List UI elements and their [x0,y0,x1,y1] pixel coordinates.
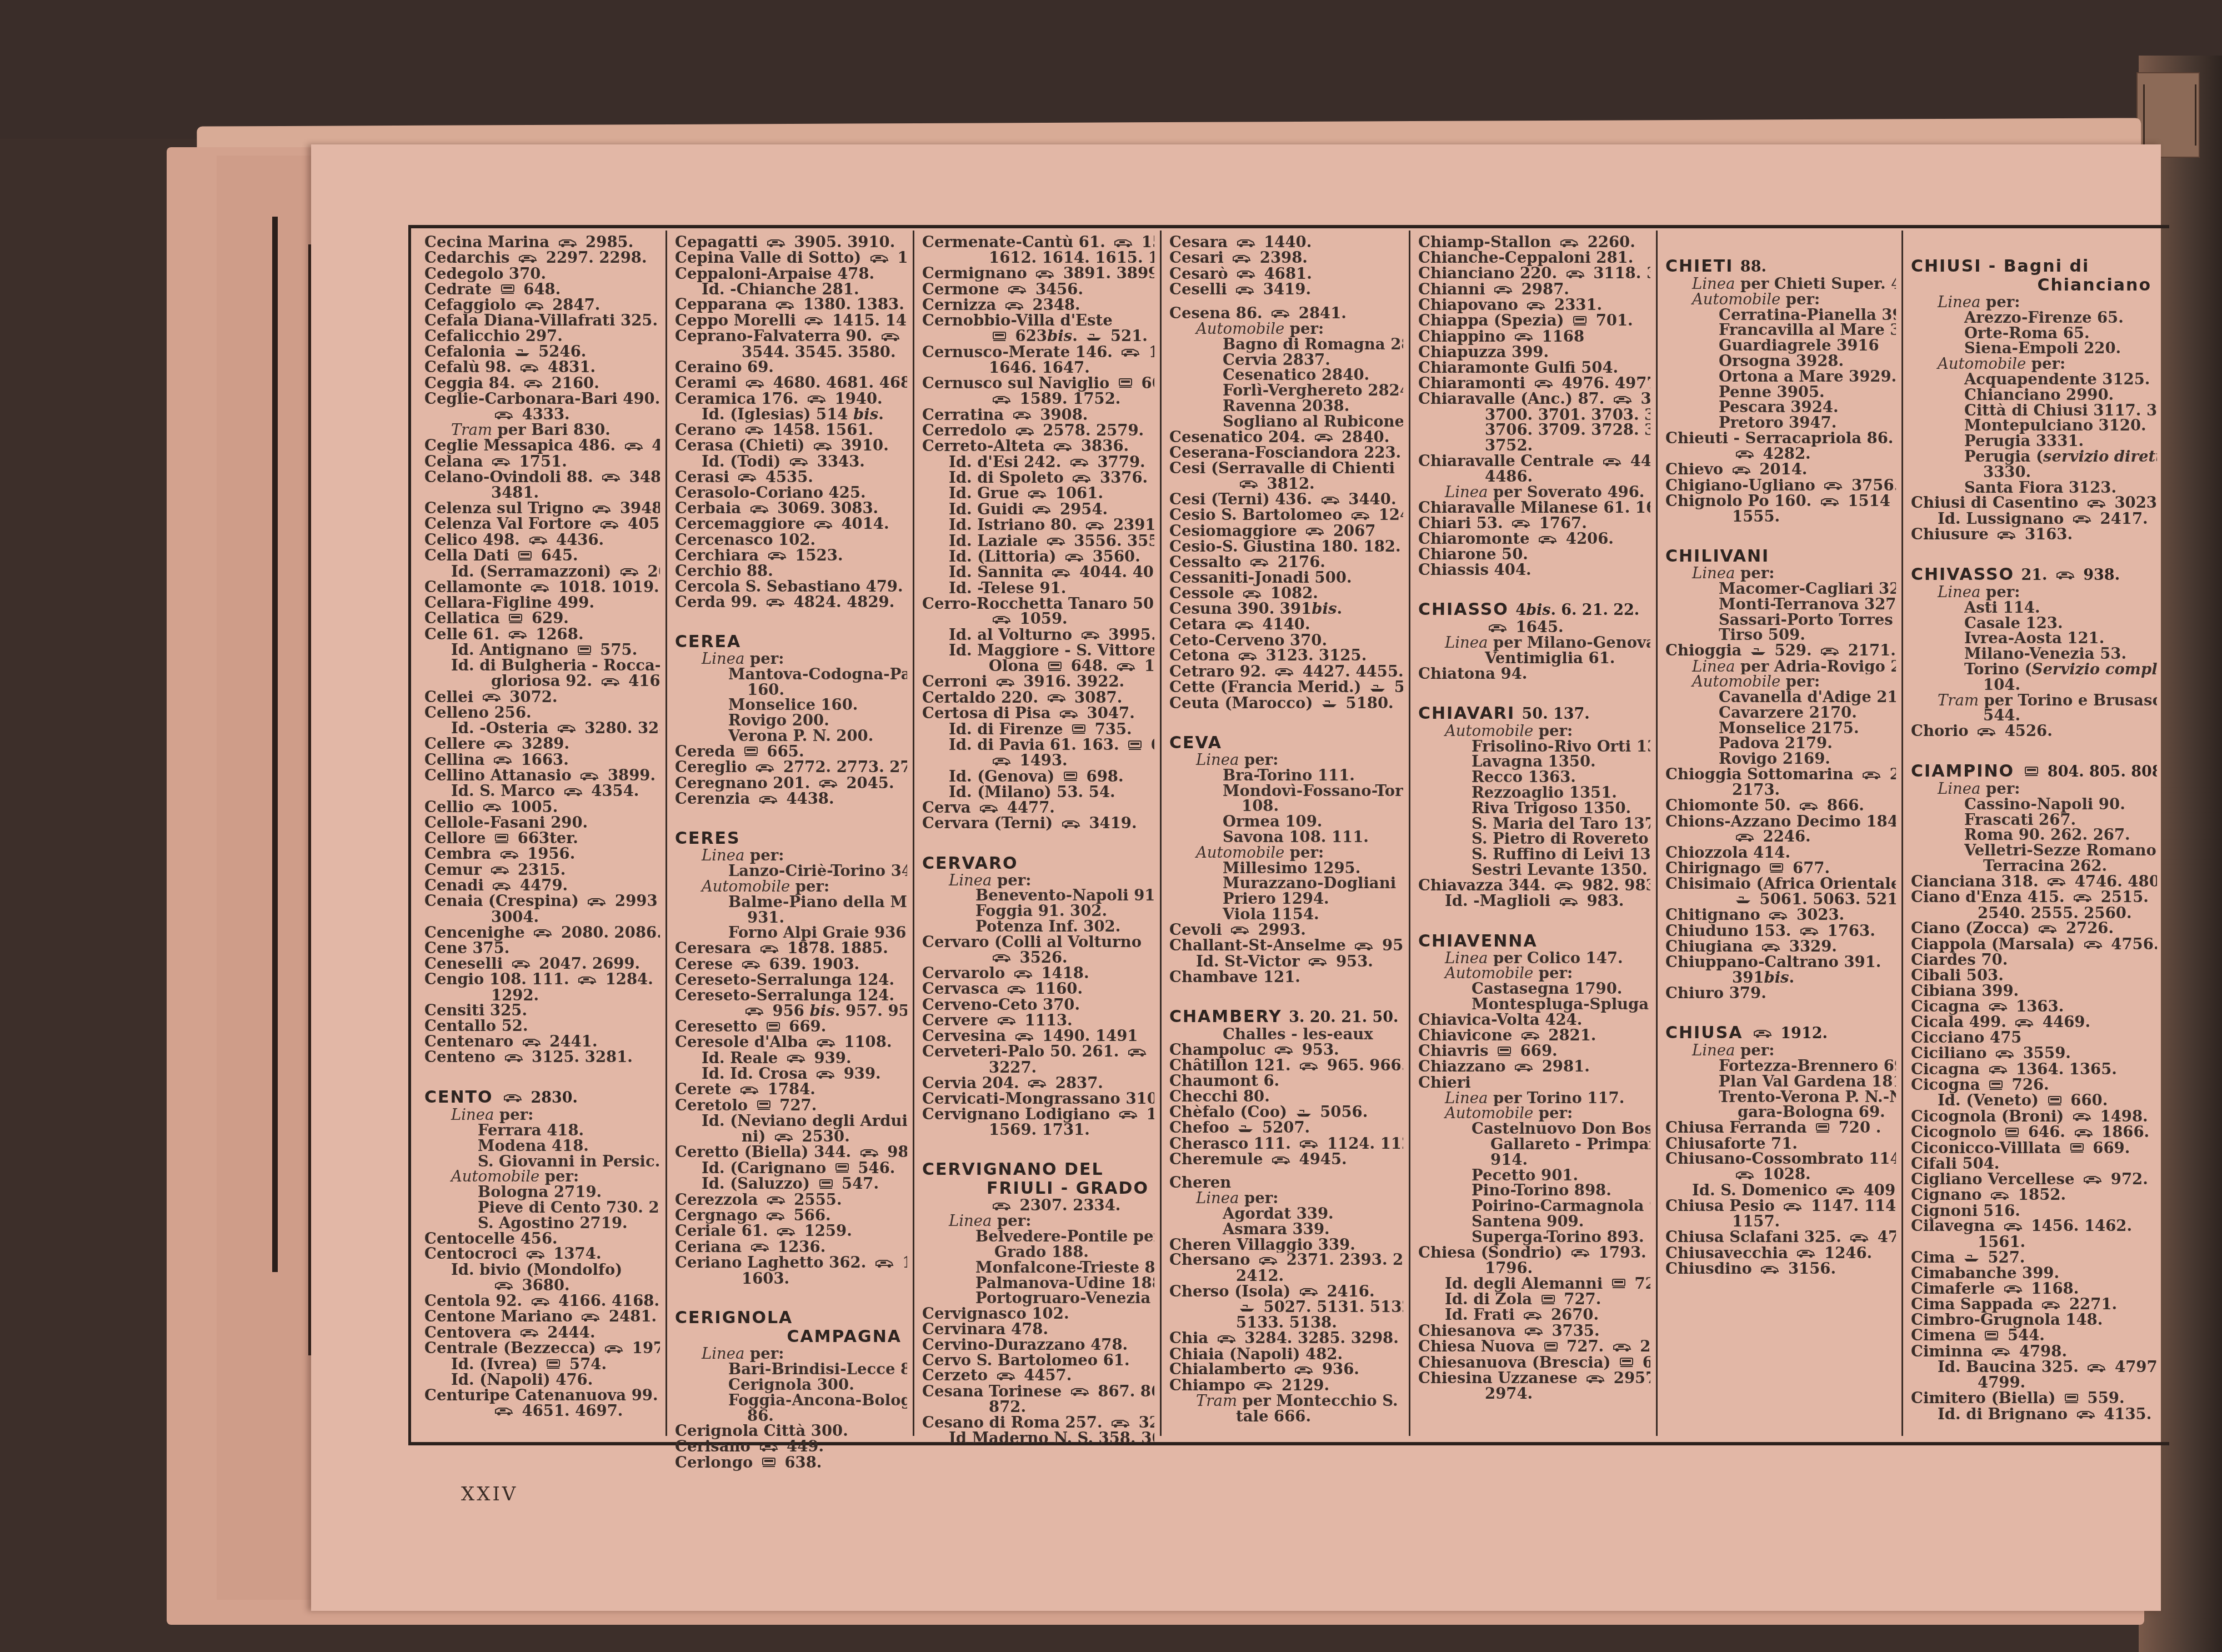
bus-icon [2073,512,2091,527]
index-entry: Chèfalo (Coo) 5056. [1169,1105,1403,1120]
index-entry: Cerro-Rocchetta Tanaro 50. [922,597,1154,612]
sub-entry: Id. St-Victor 953. [1169,954,1403,970]
tram-icon [1612,1276,1626,1292]
index-entry: Cergnago 566. [675,1208,907,1224]
index-entry: Cimitero (Biella) 559. [1911,1391,2157,1406]
route-destination: S. Pietro di Rovereto 1361. [1418,832,1650,847]
index-entry: Cetraro 92. 4427. 4455. 4459 [1169,664,1403,680]
index-entry: Ceresetto 669. [675,1019,907,1035]
index-entry: Chiesa Nuova 727. 2974. [1418,1339,1650,1355]
route-destination: Palmanova-Udine 188. [922,1276,1154,1291]
route-label: Linea per: [1911,782,2157,797]
bus-icon [1990,1188,2009,1204]
route-label: Linea per: [675,652,907,667]
section-heading: CERES [675,829,907,848]
entry-continuation: 3700. 3701. 3703. 3705. [1418,408,1650,423]
route-label: Linea per: [1665,566,1896,582]
index-entry: Cervara (Terni) 3419. [922,816,1154,832]
route-destination: Fortezza-Brennero 69. [1665,1059,1896,1074]
bus-icon [997,1369,1015,1384]
sub-entry: Id. (Serramazzoni) 2671. [424,564,660,580]
bus-icon [1007,982,1026,998]
route-label: Automobile per: [1418,724,1650,739]
index-entry: Ceserana-Fosciandora 223. [1169,445,1403,461]
index-entry: Chiatona 94. [1418,667,1650,682]
route-destination: Siena-Empoli 220. [1911,341,2157,357]
entry-continuation: 1612. 1614. 1615. 1637. [922,251,1154,266]
index-entry: Chiazzano 2981. [1418,1059,1650,1075]
index-entry: Cesena 86. 2841. [1169,306,1403,322]
route-destination: Frascati 267. [1911,813,2157,828]
tram-icon [2048,1094,2062,1109]
route-destination: Santena 909. [1418,1214,1650,1230]
route-destination-continuation: Grado 188. [922,1245,1154,1260]
index-entry: Cheren Villaggio 339. [1169,1238,1403,1253]
bus-icon [1239,477,1258,492]
entry-continuation: 1645. [1418,620,1650,635]
index-entry: Cervarolo 1418. [922,966,1154,982]
index-entry: Cellino Attanasio 3899. [424,768,660,784]
index-entry: Ceglie-Carbonara-Bari 490. [424,392,660,407]
entry-continuation: 1589. 1752. [922,392,1154,407]
index-entry: Chiusaforte 71. [1665,1137,1896,1152]
bus-icon [503,1089,522,1108]
bus-icon [1850,1230,1869,1246]
entry-continuation: 3680. [424,1278,660,1294]
sub-entry: Id. -Maglioli 983. [1418,894,1650,909]
index-entry: Cereglio 2772. 2773. 2774. [675,760,907,775]
index-entry: Centuripe Catenanuova 99. [424,1388,660,1404]
index-entry: Chiesanuova (Brescia) 628. [1418,1355,1650,1371]
index-entry: Centallo 52. [424,1019,660,1034]
bus-icon [1735,1168,1754,1183]
entry-continuation: 1603. [675,1271,907,1287]
index-entry: Chiapovano 2331. [1418,298,1650,313]
index-entry: Chianche-Ceppaloni 281. [1418,251,1650,266]
sub-entry: Id. (Milano) 53. 54. [922,785,1154,800]
section-heading: CHIAVENNA [1418,932,1650,951]
bus-icon [755,760,774,776]
bus-icon [766,595,785,610]
index-entry: Cermone 3456. [922,282,1154,298]
bus-icon [1259,1253,1278,1269]
bus-icon [604,1341,623,1357]
sub-entry: Id. (Saluzzo) 547. [675,1177,907,1192]
entry-continuation: 1059. [922,612,1154,627]
bus-icon [1111,1416,1130,1431]
bus-icon [1308,954,1327,970]
bus-icon [860,1145,879,1161]
bus-icon [483,800,502,815]
index-entry: Cerete 1784. [675,1082,907,1098]
index-entry: Chiappino 1168 [1418,329,1650,345]
route-destination: Monselice 2175. [1665,721,1896,737]
index-entry: Chiusano-Cossombrato 114. [1665,1152,1896,1167]
index-entry: Cilavegna 1456. 1462. [1911,1219,2157,1234]
route-label: Linea per Soverato 496. [1418,485,1650,500]
bus-icon [1005,298,1024,314]
entry-continuation: 1555. [1665,509,1896,525]
bus-icon [1488,620,1507,636]
route-destination: Cervia 2837. [1169,353,1403,368]
route-destination: Perugia (servizio diretto) [1911,449,2157,465]
index-entry: Cerezzola 2555. [675,1193,907,1208]
route-destination: Orsogna 3928. [1665,354,1896,369]
index-entry: Cesiomaggiore 2067 [1169,524,1403,539]
bus-icon [2087,1360,2106,1376]
bus-icon [745,376,764,392]
bus-icon [740,1083,759,1098]
bus-icon [524,376,543,392]
bus-icon [602,470,620,485]
entry-continuation: 3481. [424,485,660,501]
index-entry: Ciano (Zocca) 2726. [1911,921,2157,937]
route-label: Linea per: [1169,1191,1403,1207]
bus-icon [1524,1324,1543,1339]
route-destination: Forlì-Verghereto 2824. [1169,383,1403,399]
route-destination: Sassari-Porto Torres 328. [1665,613,1896,628]
section-heading: CHIVASSO 21. 938. [1911,565,2157,585]
bus-icon [992,392,1011,408]
index-entry: Cencenighe 2080. 2086. [424,925,660,941]
bus-icon [1250,555,1269,570]
tram-icon [1619,1355,1634,1371]
index-entry: Cessaniti-Jonadi 500. [1169,570,1403,586]
bus-icon [1015,1029,1034,1045]
route-destination: Monti-Terranova 327. [1665,597,1896,613]
entry-continuation: 2246. [1665,829,1896,845]
sub-entry: Id. Istriano 80. 2391. [922,518,1154,533]
bus-icon [1271,306,1290,322]
page-folio: XXIV [461,1483,518,1505]
entry-continuation: Olona 648. 1608. [922,659,1154,674]
route-destination: Verona P. N. 200. [675,729,907,744]
sub-entry: Id. degli Alemanni 726. [1418,1276,1650,1292]
route-destination: Foggia 91. 302. [922,904,1154,919]
route-label: Linea per: [922,1214,1154,1229]
sub-entry: Id. d'Esi 242. 3779. [922,455,1154,470]
section-heading: CHAMBERY 3. 20. 21. 50. 59. [1169,1008,1403,1027]
index-entry: Ceriano Laghetto 362. 1577. [675,1255,907,1271]
route-label: Tram per Bari 830. [424,423,660,438]
index-entry: Cesari 2398. [1169,251,1403,266]
index-entry: Cerredolo 2578. 2579. [922,423,1154,439]
entry-continuation: 4486. [1418,469,1650,485]
index-entry: Cessalto 2176. [1169,555,1403,570]
bus-icon [1603,454,1622,470]
bus-icon [624,439,643,454]
route-destination: Pecetto 901. [1418,1168,1650,1184]
route-destination: Bagno di Romagna 2824. [1169,337,1403,353]
ship-icon [1238,1121,1253,1137]
index-entry: Cerasi 4535. [675,470,907,485]
entry-continuation: 391bis. [1665,970,1896,986]
ship-icon [1296,1105,1312,1121]
section-heading-continuation: Chianciano [1911,276,2157,295]
bus-icon [1735,447,1754,462]
bus-icon [526,1247,545,1263]
route-destination-continuation: 86. [675,1409,907,1424]
index-entry: Cefalonia 5246. [424,344,660,360]
index-entry: Chievo 2014. [1665,462,1896,478]
index-entry: Chianciano 220. 3118. 3120. [1418,266,1650,282]
route-destination: Rezzoaglio 1351. [1418,785,1650,801]
sub-entry: Id. Id. Crosa 939. [675,1067,907,1082]
bus-icon [1081,628,1100,643]
index-entry: Cherasco 111. 1124. 1126. [1169,1137,1403,1152]
sub-entry: Id. Lussignano 2417. [1911,512,2157,527]
index-entry: Centenaro 2441. [424,1034,660,1050]
index-entry: Chiavica-Volta 424. [1418,1013,1650,1028]
route-destination: Ravenna 2038. [1169,399,1403,414]
entry-continuation: 3752. [1418,438,1650,454]
entry-continuation: 3526. [922,950,1154,966]
bus-icon [2056,566,2075,585]
bus-icon [1072,471,1091,487]
bus-icon [1230,923,1249,938]
entry-continuation: 2307. 2334. [922,1198,1154,1214]
bus-icon [1783,1199,1802,1215]
bus-icon [492,454,511,470]
index-entry: Cerroni 3916. 3922. [922,674,1154,690]
index-entry: Chiassis 404. [1418,563,1650,578]
index-entry: Chianni 2987. [1418,282,1650,298]
bus-icon [1796,1246,1815,1261]
bus-icon [1799,799,1818,814]
bus-icon [1035,267,1054,282]
route-label: Automobile per: [1665,674,1896,690]
route-destination: Lavagna 1350. [1418,754,1650,770]
route-destination: S. Giovanni in Persic. 419. [424,1154,660,1170]
index-entry: Cervasca 1160. [922,982,1154,997]
index-entry: Cerveno-Ceto 370. [922,998,1154,1013]
sub-entry: Id. (Napoli) 476. [424,1373,660,1388]
route-destination: Roma 90. 262. 267. [1911,828,2157,843]
index-entry: Chirignago 677. [1665,861,1896,877]
route-destination: Monselice 160. [675,698,907,713]
tram-icon [1984,1329,1999,1344]
bus-icon [557,721,576,737]
bus-icon [1991,1344,2010,1360]
entry-continuation: 4651. 4697. [424,1404,660,1419]
index-entry: Cermenate-Cantù 61. 1577. [922,235,1154,251]
ship-icon [1735,892,1751,908]
bus-icon [1571,1245,1590,1261]
index-entry: Chiusure 3163. [1911,527,2157,543]
route-destination: Frisolino-Rivo Orti 1358. [1418,739,1650,755]
index-entry: Cesenatico 204. 2840. [1169,430,1403,445]
index-entry: Ciardes 70. [1911,953,2157,968]
route-destination: Benevento-Napoli 91. [922,888,1154,904]
index-entry: Cenaia (Crespina) 2993 [424,894,660,909]
index-entry: Cigliano Vercellese 972. [1911,1172,2157,1188]
index-entry: Cereseto-Serralunga 124. [675,973,907,988]
bus-icon [504,1050,523,1066]
index-entry: Celana 1751. [424,454,660,470]
bus-icon [1217,1331,1236,1347]
index-entry: Châtillon 121. 965. 966. [1169,1058,1403,1074]
index-entry: Cenadi 4479. [424,878,660,894]
sub-entry: Id. -Osteria 3280. 3287. [424,721,660,737]
route-destination: Millesimo 1295. [1169,861,1403,877]
index-entry: Chioggia Sottomarina 2169. [1665,767,1896,783]
tram-icon [2070,1141,2084,1157]
route-destination: Santa Fiora 3123. [1911,480,2157,496]
index-entry: Cherso (Isola) 2416. [1169,1284,1403,1300]
section-heading-continuation: CAMPAGNA [675,1328,907,1346]
bus-icon [1836,1183,1855,1199]
bus-icon [1008,282,1027,298]
route-label: Linea per Colico 147. [1418,951,1650,967]
bus-icon [1514,329,1533,345]
index-entry: Cesano di Roma 257. 3250. [922,1415,1154,1431]
sub-entry: Id. (Iglesias) 514 bis. [675,407,907,423]
index-entry: Cerratina 3908. [922,408,1154,423]
index-entry: Cecina Marina 2985. [424,235,660,251]
index-entry: Ceresole d'Alba 1108. [675,1035,907,1050]
index-entry: Ceregnano 201. 2045. [675,776,907,792]
bus-icon [1237,236,1255,251]
bus-icon [1538,532,1557,548]
route-label: Automobile per: [424,1169,660,1185]
tram-icon [1072,722,1086,738]
route-label: Tram per Torino e Brusasco [1911,693,2157,709]
index-entry: Cefaggiolo 2847. [424,298,660,313]
index-entry: Cellole-Fasani 290. [424,815,660,831]
bus-icon [1534,376,1553,392]
index-column: Cecina Marina 2985.Cedarchis 2297. 2298.… [417,231,665,1436]
index-entry: Cheren [1169,1175,1403,1191]
bus-icon [578,973,597,988]
index-entry: Chiaramonte Gulfi 504. [1418,361,1650,376]
index-entry: Chiesa (Sondrio) 1793. 1794. [1418,1245,1650,1261]
index-entry: Ciano d'Enza 415. 2515. [1911,890,2157,905]
tram-icon [2005,1125,2019,1141]
route-destination: Bari-Brindisi-Lecce 86. [675,1362,907,1378]
index-entry: Cemur 2315. [424,863,660,878]
bus-icon [1732,463,1751,478]
sub-entry: Id. (Ivrea) 574. [424,1357,660,1373]
index-entry: Centeno 3125. 3281. [424,1050,660,1065]
index-entry: Cellara-Figline 499. [424,595,660,611]
bus-icon [1299,1059,1318,1074]
index-entry: Cefala Diana-Villafrati 325. [424,313,660,329]
bus-icon [2074,1125,2093,1141]
entry-continuation: 4333. [424,407,660,423]
bus-icon [2084,937,2103,953]
bus-icon [1047,534,1065,549]
section-heading: CERVARO [922,854,1154,873]
entry-continuation: 3227. [922,1060,1154,1076]
bus-icon [1559,894,1578,910]
index-entry: Cibali 503. [1911,968,2157,984]
index-entry: Cesarò 4681. [1169,267,1403,282]
index-entry: Cima Sappada 2271. [1911,1297,2157,1313]
index-entry: Cheremule 4945. [1169,1152,1403,1168]
index-entry: Cesana Torinese 867. 868. [922,1384,1154,1400]
sub-entry: Id. (Carignano 546. [675,1161,907,1177]
index-entry: Cignoni 516. [1911,1204,2157,1219]
bus-icon [1235,283,1254,298]
route-label: Linea per Chieti Super. 463. [1665,277,1896,292]
bus-icon [789,454,808,470]
index-entry: Cimaferle 1168. [1911,1281,2157,1297]
index-entry: Chiesanova 3735. [1418,1324,1650,1339]
route-destination: Bra-Torino 111. [1169,768,1403,784]
bus-icon [1070,1384,1089,1400]
bus-icon [1243,587,1262,602]
index-entry: Chiuro 379. [1665,986,1896,1002]
bus-icon [1238,649,1257,664]
index-entry: Cervere 1113. [922,1013,1154,1029]
index-entry: Champoluc 953. [1169,1043,1403,1058]
bus-icon [807,392,826,407]
sub-entry: Id. di Spoleto 3376. [922,470,1154,486]
bus-icon [1070,455,1089,470]
bus-icon [492,879,511,894]
index-column: CHIETI 88.Linea per Chieti Super. 463.Au… [1656,231,1901,1436]
route-label: Linea per: [675,848,907,864]
route-destination: Mantova-Codogna-Pavia [675,667,907,683]
bus-icon [1613,1340,1632,1355]
tram-icon [744,744,758,760]
bus-icon [1989,1062,2008,1078]
tram-icon [518,549,532,564]
bus-icon [1128,1045,1147,1060]
bus-icon [1314,430,1333,445]
bus-icon [1820,494,1839,510]
route-label: Linea per Torino 117. [1418,1091,1650,1107]
index-entry: Cedrate 648. [424,282,660,298]
bus-icon [777,1224,795,1240]
bus-icon [601,674,620,690]
bus-icon [750,502,769,517]
bus-icon [804,313,823,329]
index-entry: Cerreto-Alteta 3836. [922,439,1154,454]
tram-icon [835,1161,849,1177]
index-entry: Cervignasco 102. [922,1306,1154,1322]
index-entry: Chiavris 669. [1418,1044,1650,1059]
route-destination: Acquapendente 3125. [1911,372,2157,388]
index-entry: Cerva 4477. [922,800,1154,816]
index-entry: Chambave 121. [1169,970,1403,985]
bus-icon [1047,690,1066,706]
bus-icon [992,950,1011,966]
bus-icon [1014,967,1033,982]
bus-icon [564,784,583,800]
bus-icon [1232,251,1251,267]
sub-entry: Id. di Brignano 4135. [1911,1407,2157,1423]
sub-entry: Id. di Firenze 735. [922,722,1154,738]
index-entry: Chiaia (Napoli) 482. [1169,1347,1403,1363]
index-entry: Cembra 1956. [424,847,660,862]
index-entry: Chisimaio (Africa Orientale [1665,877,1896,892]
entry-continuation: 2412. [1169,1269,1403,1284]
index-entry: Cesio-S. Giustina 180. 182. [1169,539,1403,555]
route-destination: Ortona a Mare 3929. [1665,369,1896,385]
tram-icon [1541,1293,1555,1308]
index-entry: Ceriale 61. 1259. [675,1224,907,1239]
index-entry: Celano-Ovindoli 88. 3480. [424,470,660,485]
route-destination: Bologna 2719. [424,1185,660,1200]
index-entry: Cervino-Durazzano 478. [922,1338,1154,1353]
bus-icon [1274,1043,1293,1058]
index-entry: Cerasolo-Coriano 425. [675,485,907,501]
bus-icon [2047,874,2066,890]
route-destination: Guardiagrele 3916 [1665,338,1896,354]
bus-icon [1514,1060,1533,1075]
entry-continuation: 1157. [1665,1214,1896,1230]
